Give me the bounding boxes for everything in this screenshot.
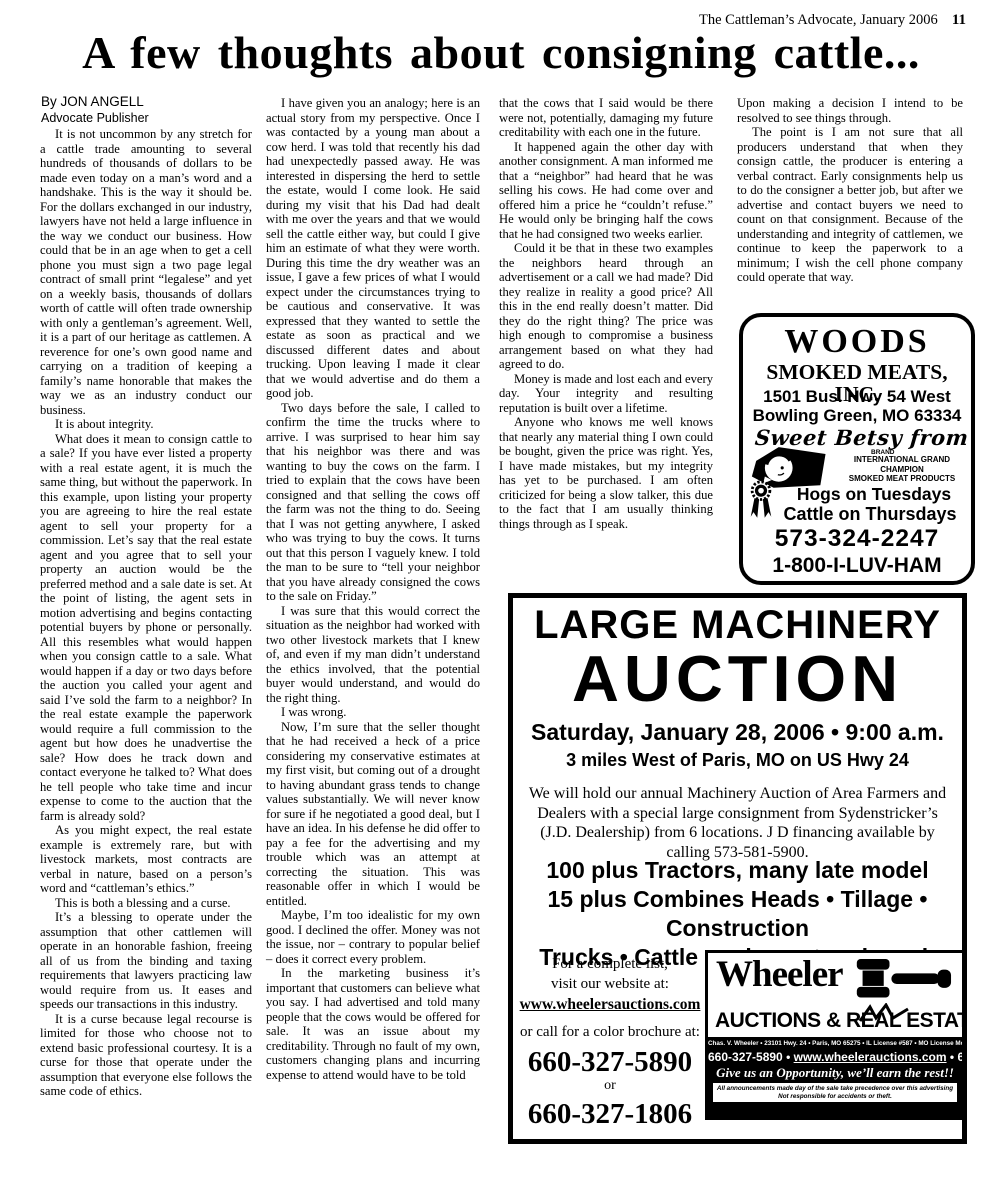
contact-info-line3: or call for a color brochure at: (513, 1022, 707, 1042)
article-paragraph: This is both a blessing and a curse. (40, 896, 252, 911)
woods-phone-tollfree: 1-800-I-LUV-HAM (743, 555, 971, 576)
article-paragraph: Two days before the sale, I called to co… (266, 401, 480, 604)
auction-contact-info: For a complete list, visit our website a… (513, 954, 707, 1130)
article-paragraph: It is a curse because legal recourse is … (40, 1012, 252, 1099)
woods-ad-address-line2: Bowling Green, MO 63334 (743, 407, 971, 424)
page-number: 11 (952, 12, 966, 28)
auction-highlight-line2: 15 plus Combines Heads • Tillage • Const… (513, 885, 962, 943)
article-column-4: Upon making a decision I intend to be re… (737, 96, 963, 310)
woods-smoked-meats-ad: WOODS SMOKED MEATS, INC. 1501 Bus. Hwy 5… (739, 313, 975, 585)
article-paragraph: It happened again the other day with ano… (499, 140, 713, 242)
bullet-separator: • (786, 1050, 790, 1064)
article-paragraph: In the marketing business it’s important… (266, 966, 480, 1082)
champion-line2: SMOKED MEAT PRODUCTS (849, 474, 956, 483)
wheeler-phone1: 660-327-5890 (708, 1050, 783, 1064)
wheeler-website-url: www.wheelerauctions.com (794, 1050, 947, 1064)
woods-schedule-line2: Cattle on Thursdays (773, 505, 967, 523)
byline-role: Advocate Publisher (41, 110, 149, 126)
wheeler-tagline: Give us an Opportunity, we’ll earn the r… (708, 1065, 962, 1080)
machinery-auction-ad: LARGE MACHINERY AUCTION Saturday, Januar… (508, 593, 967, 1144)
bullet-separator: • (950, 1050, 954, 1064)
wheeler-license-line: Chas. V. Wheeler • 23101 Hwy. 24 • Paris… (708, 1040, 962, 1048)
woods-phone-local: 573-324-2247 (743, 527, 971, 552)
award-ribbon-icon (747, 480, 775, 525)
wheeler-name: Wheeler (716, 953, 843, 997)
auction-website-url: www.wheelersauctions.com (513, 994, 707, 1016)
wheeler-auctions-ad: Wheeler AUCTIONS & REAL ESTATE Chas. V. … (705, 950, 965, 1120)
article-paragraph: Upon making a decision I intend to be re… (737, 96, 963, 125)
contact-info-line1: For a complete list, (513, 954, 707, 974)
article-paragraph: I have given you an analogy; here is an … (266, 96, 480, 401)
wheeler-contact-line: 660-327-5890 • www.wheelerauctions.com •… (708, 1050, 962, 1064)
article-paragraph: Money is made and lost each and every da… (499, 372, 713, 416)
auction-location: 3 miles West of Paris, MO on US Hwy 24 (513, 751, 962, 769)
article-paragraph: Maybe, I’m too idealistic for my own goo… (266, 908, 480, 966)
article-paragraph: It’s a blessing to operate under the ass… (40, 910, 252, 1012)
disclaimer-line1: All announcements made day of the sale t… (713, 1085, 957, 1093)
disclaimer-line2: Not responsible for accidents or theft. (713, 1093, 957, 1101)
article-paragraph: Anyone who knows me well knows that near… (499, 415, 713, 531)
auction-phone2: 660-327-1806 (513, 1099, 707, 1130)
auction-title-line2: AUCTION (513, 646, 962, 711)
article-paragraph: What does it mean to consign cattle to a… (40, 432, 252, 824)
or-word: or (513, 1078, 707, 1094)
article-paragraph: Now, I’m sure that the seller thought th… (266, 720, 480, 909)
auction-highlight-line1: 100 plus Tractors, many late model (513, 856, 962, 885)
article-paragraph: I was wrong. (266, 705, 480, 720)
wheeler-disclaimer: All announcements made day of the sale t… (713, 1083, 957, 1102)
auction-phone1: 660-327-5890 (513, 1047, 707, 1078)
wheeler-phone2: 660-327-1806 (957, 1050, 965, 1064)
article-paragraph: I was sure that this would correct the s… (266, 604, 480, 706)
article-paragraph: It is about integrity. (40, 417, 252, 432)
byline: By JON ANGELL Advocate Publisher (41, 94, 149, 126)
woods-champion-text: INTERNATIONAL GRAND CHAMPION SMOKED MEAT… (838, 455, 966, 484)
article-paragraph: The point is I am not sure that all prod… (737, 125, 963, 285)
article-headline: A few thoughts about consigning cattle..… (40, 28, 962, 79)
article-column-1: It is not uncommon by any stretch for a … (40, 127, 252, 1099)
article-paragraph: Could it be that in these two examples t… (499, 241, 713, 372)
auction-datetime: Saturday, January 28, 2006 • 9:00 a.m. (513, 721, 962, 744)
signature-squiggle-icon (858, 1003, 910, 1030)
byline-author: By JON ANGELL (41, 94, 149, 110)
article-column-2: I have given you an analogy; here is an … (266, 96, 480, 1082)
auction-title-line1: LARGE MACHINERY (513, 605, 962, 645)
article-paragraph: As you might expect, the real estate exa… (40, 823, 252, 896)
champion-line1: INTERNATIONAL GRAND CHAMPION (854, 455, 950, 474)
auction-description: We will hold our annual Machinery Auctio… (524, 784, 951, 862)
wheeler-info-bar: Chas. V. Wheeler • 23101 Hwy. 24 • Paris… (708, 1037, 962, 1117)
publication-title: The Cattleman’s Advocate, January 2006 (699, 12, 938, 28)
article-paragraph: It is not uncommon by any stretch for a … (40, 127, 252, 417)
newspaper-page: The Cattleman’s Advocate, January 200611… (0, 0, 1000, 1190)
woods-schedule-line1: Hogs on Tuesdays (783, 486, 965, 504)
article-paragraph: that the cows that I said would be there… (499, 96, 713, 140)
wheeler-subtitle: AUCTIONS & REAL ESTATE (715, 1010, 961, 1031)
woods-ad-address-line1: 1501 Bus. Hwy 54 West (743, 388, 971, 405)
contact-info-line2: visit our website at: (513, 974, 707, 994)
article-column-3: that the cows that I said would be there… (499, 96, 713, 588)
woods-ad-name: WOODS (743, 325, 971, 359)
